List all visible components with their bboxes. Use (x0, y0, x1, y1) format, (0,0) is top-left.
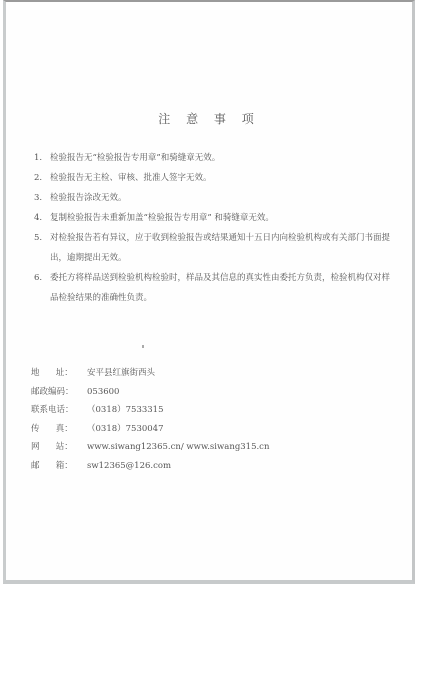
contact-label: 地 址： (31, 364, 87, 383)
contact-label: 邮政编码： (31, 383, 87, 402)
contact-label: 邮 箱： (31, 457, 87, 476)
contact-postcode: 邮政编码：053600 (31, 383, 269, 402)
page-title: 注 意 事 项 (6, 110, 412, 127)
contact-value: www.siwang12365.cn/ www.siwang315.cn (87, 438, 269, 457)
contact-value: 安平县红旗街西头 (87, 364, 155, 383)
contact-fax: 传 真：（0318）7530047 (31, 420, 269, 439)
scan-speck (142, 345, 144, 348)
note-number: 5. (34, 228, 42, 248)
note-text: 检验报告涂改无效。 (50, 193, 127, 203)
contact-block: 地 址：安平县红旗街西头 邮政编码：053600 联系电话：（0318）7533… (31, 364, 269, 475)
contact-phone: 联系电话：（0318）7533315 (31, 401, 269, 420)
contact-label: 传 真： (31, 420, 87, 439)
note-item: 5.对检验报告若有异议，应于收到检验报告或结果通知十五日内向检验机构或有关部门书… (34, 228, 394, 268)
contact-value: （0318）7533315 (87, 401, 164, 420)
note-number: 3. (34, 188, 42, 208)
note-item: 2.检验报告无主检、审核、批准人签字无效。 (34, 168, 394, 188)
contact-value: 053600 (87, 383, 119, 402)
note-text: 复制检验报告未重新加盖“检验报告专用章” 和骑缝章无效。 (50, 213, 274, 223)
note-text: 对检验报告若有异议，应于收到检验报告或结果通知十五日内向检验机构或有关部门书面提… (50, 233, 390, 263)
note-item: 6.委托方将样品送到检验机构检验时，样品及其信息的真实性由委托方负责，检验机构仅… (34, 268, 394, 308)
note-item: 4.复制检验报告未重新加盖“检验报告专用章” 和骑缝章无效。 (34, 208, 394, 228)
note-number: 1. (34, 148, 42, 168)
note-item: 1.检验报告无“检验报告专用章”和骑缝章无效。 (34, 148, 394, 168)
contact-value: sw12365@126.com (87, 457, 171, 476)
contact-address: 地 址：安平县红旗街西头 (31, 364, 269, 383)
document-page: 注 意 事 项 1.检验报告无“检验报告专用章”和骑缝章无效。 2.检验报告无主… (3, 0, 415, 584)
note-number: 2. (34, 168, 42, 188)
contact-value: （0318）7530047 (87, 420, 164, 439)
contact-website: 网 站：www.siwang12365.cn/ www.siwang315.cn (31, 438, 269, 457)
contact-label: 网 站： (31, 438, 87, 457)
note-text: 检验报告无“检验报告专用章”和骑缝章无效。 (50, 153, 220, 163)
note-item: 3.检验报告涂改无效。 (34, 188, 394, 208)
note-number: 6. (34, 268, 42, 288)
notes-list: 1.检验报告无“检验报告专用章”和骑缝章无效。 2.检验报告无主检、审核、批准人… (34, 148, 394, 308)
note-text: 检验报告无主检、审核、批准人签字无效。 (50, 173, 212, 183)
note-text: 委托方将样品送到检验机构检验时，样品及其信息的真实性由委托方负责，检验机构仅对样… (50, 273, 390, 303)
note-number: 4. (34, 208, 42, 228)
contact-label: 联系电话： (31, 401, 87, 420)
contact-email: 邮 箱：sw12365@126.com (31, 457, 269, 476)
